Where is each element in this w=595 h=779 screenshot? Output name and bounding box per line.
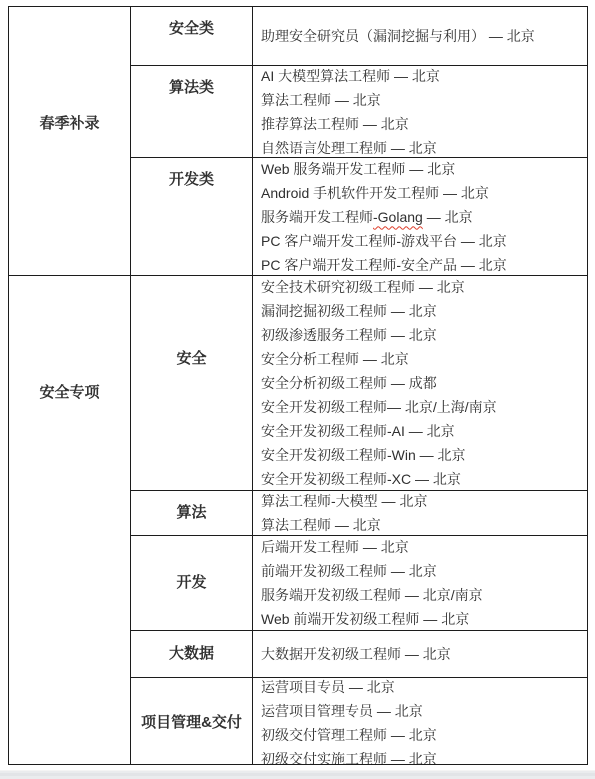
job-item: 算法工程师 — 北京 [261,513,587,535]
document-page: { "colors": { "text": "#303030", "table_… [0,0,595,779]
job-item: 自然语言处理工程师 — 北京 [261,136,587,158]
page-edge-bar [0,770,595,779]
table-row: 开发后端开发工程师 — 北京前端开发初级工程师 — 北京服务端开发初级工程师 —… [131,535,587,630]
job-item: 安全技术研究初级工程师 — 北京 [261,276,587,299]
category-label: 开发 [176,574,206,592]
section-rows: 安全安全技术研究初级工程师 — 北京漏洞挖掘初级工程师 — 北京初级渗透服务工程… [131,276,587,765]
category-label: 算法 [176,504,206,522]
category-label: 大数据 [169,645,214,663]
job-item: 安全开发初级工程师-XC — 北京 [261,467,587,490]
job-item: 服务端开发初级工程师 — 北京/南京 [261,583,587,607]
jobs-cell: 大数据开发初级工程师 — 北京 [253,631,587,677]
job-item: 后端开发工程师 — 北京 [261,536,587,559]
jobs-cell: 安全技术研究初级工程师 — 北京漏洞挖掘初级工程师 — 北京初级渗透服务工程师 … [253,276,587,490]
job-item: 运营项目管理专员 — 北京 [261,699,587,723]
recruitment-jobs-table: 春季补录 安全类助理安全研究员（漏洞挖掘与利用） — 北京算法类AI 大模型算法… [8,6,588,765]
category-label: 项目管理&交付 [141,714,242,732]
job-item: 初级渗透服务工程师 — 北京 [261,323,587,347]
table-row: 开发类Web 服务端开发工程师 — 北京Android 手机软件开发工程师 — … [131,157,587,275]
section-rows: 安全类助理安全研究员（漏洞挖掘与利用） — 北京算法类AI 大模型算法工程师 —… [131,7,587,275]
job-item: AI 大模型算法工程师 — 北京 [261,66,587,88]
job-item: 初级交付实施工程师 — 北京 [261,747,587,766]
category-label: 算法类 [169,79,214,97]
category-cell: 算法类 [131,66,253,157]
job-item: 安全分析工程师 — 北京 [261,347,587,371]
table-row: 大数据大数据开发初级工程师 — 北京 [131,630,587,677]
job-item: PC 客户端开发工程师-安全产品 — 北京 [261,253,587,276]
job-item: Android 手机软件开发工程师 — 北京 [261,181,587,205]
job-item: 前端开发初级工程师 — 北京 [261,559,587,583]
table-row: 算法类AI 大模型算法工程师 — 北京算法工程师 — 北京推荐算法工程师 — 北… [131,65,587,157]
category-label: 安全类 [169,20,214,38]
job-item: 运营项目专员 — 北京 [261,678,587,699]
jobs-cell: 算法工程师-大模型 — 北京算法工程师 — 北京 [253,491,587,535]
job-item: 安全开发初级工程师-AI — 北京 [261,419,587,443]
table-row: 算法算法工程师-大模型 — 北京算法工程师 — 北京 [131,490,587,535]
table-row: 安全类助理安全研究员（漏洞挖掘与利用） — 北京 [131,7,587,65]
job-item: 推荐算法工程师 — 北京 [261,112,587,136]
jobs-cell: 运营项目专员 — 北京运营项目管理专员 — 北京初级交付管理工程师 — 北京初级… [253,678,587,765]
job-item: 安全开发初级工程师— 北京/上海/南京 [261,395,587,419]
job-item: 算法工程师 — 北京 [261,88,587,112]
spellcheck-underline: -Golang [373,209,423,225]
category-label: 安全 [176,350,206,368]
table-row: 项目管理&交付运营项目专员 — 北京运营项目管理专员 — 北京初级交付管理工程师… [131,677,587,765]
category-cell: 安全 [131,276,253,490]
category-cell: 大数据 [131,631,253,677]
jobs-cell: 后端开发工程师 — 北京前端开发初级工程师 — 北京服务端开发初级工程师 — 北… [253,536,587,630]
job-item: 安全分析初级工程师 — 成都 [261,371,587,395]
category-cell: 开发 [131,536,253,630]
job-item: 大数据开发初级工程师 — 北京 [261,642,587,666]
section-spring-supplement: 春季补录 安全类助理安全研究员（漏洞挖掘与利用） — 北京算法类AI 大模型算法… [9,7,587,275]
job-item: 服务端开发工程师-Golang — 北京 [261,205,587,229]
job-item: 安全开发初级工程师-Win — 北京 [261,443,587,467]
job-item: 助理安全研究员（漏洞挖掘与利用） — 北京 [261,24,587,48]
jobs-cell: Web 服务端开发工程师 — 北京Android 手机软件开发工程师 — 北京服… [253,158,587,275]
job-item: 漏洞挖掘初级工程师 — 北京 [261,299,587,323]
jobs-cell: AI 大模型算法工程师 — 北京算法工程师 — 北京推荐算法工程师 — 北京自然… [253,66,587,157]
job-item: 初级交付管理工程师 — 北京 [261,723,587,747]
jobs-cell: 助理安全研究员（漏洞挖掘与利用） — 北京 [253,7,587,65]
group-label: 春季补录 [39,115,99,133]
category-label: 开发类 [169,171,214,189]
category-cell: 开发类 [131,158,253,275]
job-item: PC 客户端开发工程师-游戏平台 — 北京 [261,229,587,253]
job-text: — 北京 [423,209,473,225]
category-cell: 安全类 [131,7,253,65]
job-text: 服务端开发工程师 [261,209,373,225]
group-cell: 春季补录 [9,7,131,275]
group-cell: 安全专项 [9,276,131,765]
section-security-special: 安全专项 安全安全技术研究初级工程师 — 北京漏洞挖掘初级工程师 — 北京初级渗… [9,275,587,765]
job-item: Web 服务端开发工程师 — 北京 [261,158,587,181]
group-label: 安全专项 [39,384,99,402]
job-item: Web 前端开发初级工程师 — 北京 [261,607,587,630]
job-item: 算法工程师-大模型 — 北京 [261,491,587,513]
category-cell: 项目管理&交付 [131,678,253,765]
category-cell: 算法 [131,491,253,535]
table-row: 安全安全技术研究初级工程师 — 北京漏洞挖掘初级工程师 — 北京初级渗透服务工程… [131,276,587,490]
